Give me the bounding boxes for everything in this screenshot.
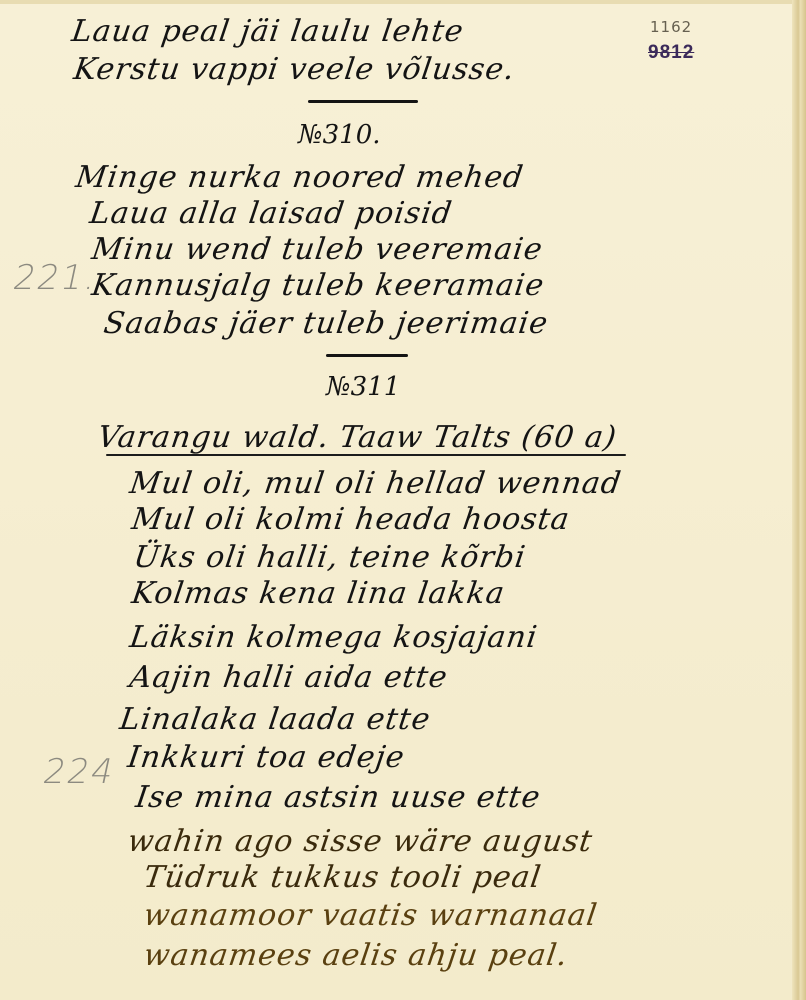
verse-line: Kolmas kena lina lakka bbox=[130, 576, 508, 611]
manuscript-page: 1162 9812 Laua peal jäi laulu lehte Kers… bbox=[0, 0, 806, 1000]
page-top-edge bbox=[0, 0, 806, 4]
verse-line: Üks oli halli, teine kõrbi bbox=[132, 540, 529, 575]
verse-line: Ise mina astsin uuse ette bbox=[134, 780, 543, 815]
verse-line: wanamoor vaatis warnanaal bbox=[142, 898, 600, 933]
separator-rule bbox=[326, 354, 408, 357]
source-underline bbox=[106, 454, 626, 456]
verse-line: Kannusjalg tuleb keeramaie bbox=[90, 268, 547, 303]
verse-line: Tüdruk tukkus tooli peal bbox=[142, 860, 544, 895]
archive-number-stamped: 9812 bbox=[648, 42, 694, 64]
verse-line: Läksin kolmega kosjajani bbox=[128, 620, 540, 655]
song-number-heading: №311 bbox=[326, 372, 400, 402]
verse-line: Minu wend tuleb veeremaie bbox=[90, 232, 546, 267]
verse-line: wanamees aelis ahju peal. bbox=[142, 938, 571, 973]
text-line: Laua peal jäi laulu lehte bbox=[70, 14, 466, 49]
verse-line: Saabas jäer tuleb jeerimaie bbox=[102, 306, 551, 341]
separator-rule bbox=[308, 100, 418, 103]
margin-number: 221. bbox=[10, 258, 102, 298]
text-line: Kerstu vappi veele võlusse. bbox=[72, 52, 518, 87]
verse-line: Mul oli, mul oli hellad wennad bbox=[128, 466, 624, 501]
verse-line: Mul oli kolmi heada hoosta bbox=[130, 502, 573, 537]
song-number-heading: №310. bbox=[298, 120, 381, 150]
verse-line: Laua alla laisad poisid bbox=[88, 196, 455, 231]
page-right-edge bbox=[792, 0, 806, 1000]
verse-line: Linalaka laada ette bbox=[118, 702, 433, 737]
archive-number-pencil: 1162 bbox=[650, 18, 692, 36]
source-line: Varangu wald. Taaw Talts (60 a) bbox=[96, 420, 620, 455]
verse-line: Inkkuri toa edeje bbox=[126, 740, 408, 775]
verse-line: wahin ago sisse wäre august bbox=[126, 824, 595, 859]
verse-line: Minge nurka noored mehed bbox=[74, 160, 526, 195]
verse-line: Aajin halli aida ette bbox=[128, 660, 450, 695]
margin-number: 224 bbox=[40, 752, 119, 792]
